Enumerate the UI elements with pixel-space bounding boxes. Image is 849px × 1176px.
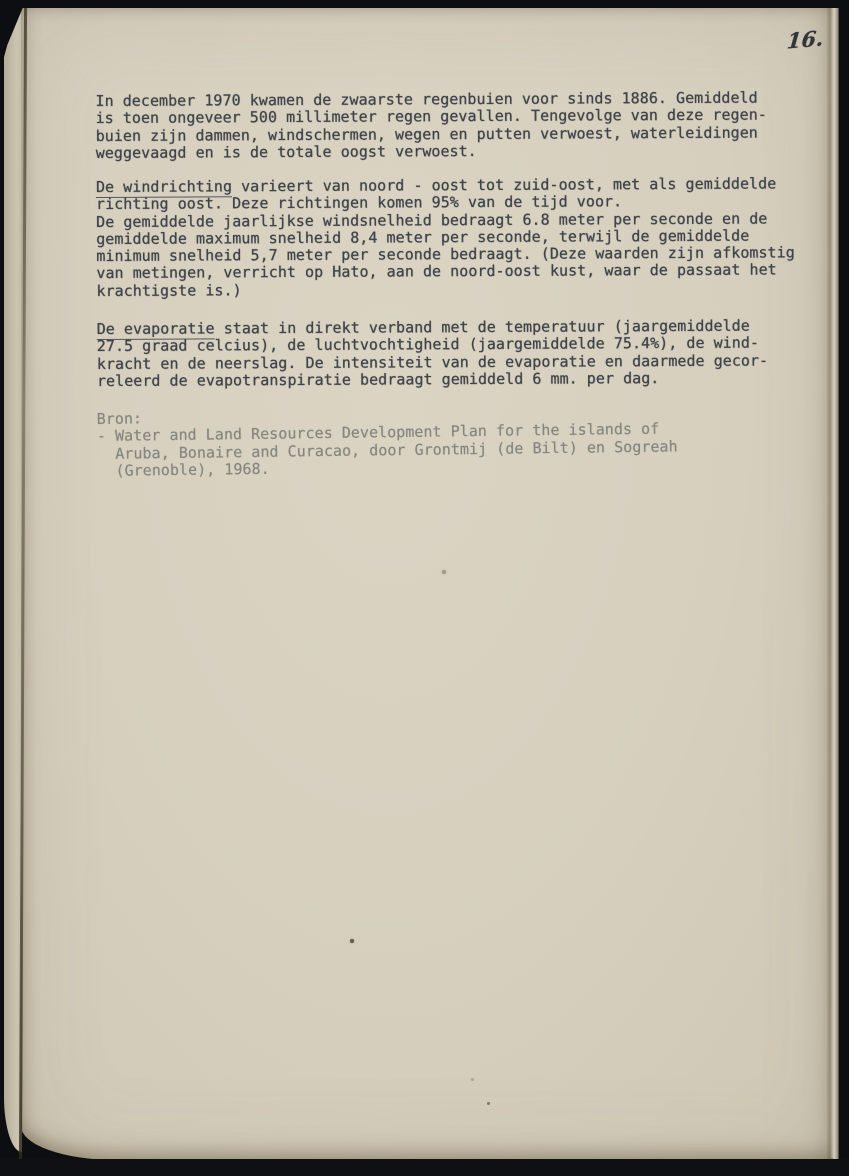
paper-speck [442, 570, 446, 574]
text-line: De windrichting varieert van noord - oos… [96, 174, 795, 195]
paragraph-source: Bron:- Water and Land Resources Developm… [97, 402, 678, 479]
handwritten-page-number: 16. [786, 25, 825, 53]
text-line: kracht en de neerslag. De intensiteit va… [97, 351, 768, 372]
text-line: releerd de evapotranspiratie bedraagt ge… [97, 368, 768, 389]
text-line: buien zijn dammen, windschermen, wegen e… [96, 123, 767, 144]
document-page: 16. In december 1970 kwamen de zwaarste … [21, 7, 836, 1160]
text-line: van metingen, verricht op Hato, aan de n… [96, 261, 795, 282]
paper-speck [471, 1078, 474, 1081]
paper-speck [350, 939, 354, 943]
paper-speck [487, 1102, 490, 1105]
paragraph-evaporation: De evaporatie staat in direkt verband me… [97, 316, 769, 389]
scanned-document: 16. In december 1970 kwamen de zwaarste … [0, 0, 849, 1176]
text-line: krachtigste is.) [96, 278, 795, 299]
scan-border-bottom [0, 1159, 849, 1176]
scan-border-right [839, 0, 849, 1176]
paragraph-wind-direction: De windrichting varieert van noord - oos… [96, 174, 795, 299]
text-line: weggevaagd en is de totale oogst verwoes… [96, 140, 767, 161]
paragraph-rainfall: In december 1970 kwamen de zwaarste rege… [95, 88, 767, 161]
scan-border-top [0, 0, 849, 8]
page-stack-edge [826, 8, 839, 1159]
